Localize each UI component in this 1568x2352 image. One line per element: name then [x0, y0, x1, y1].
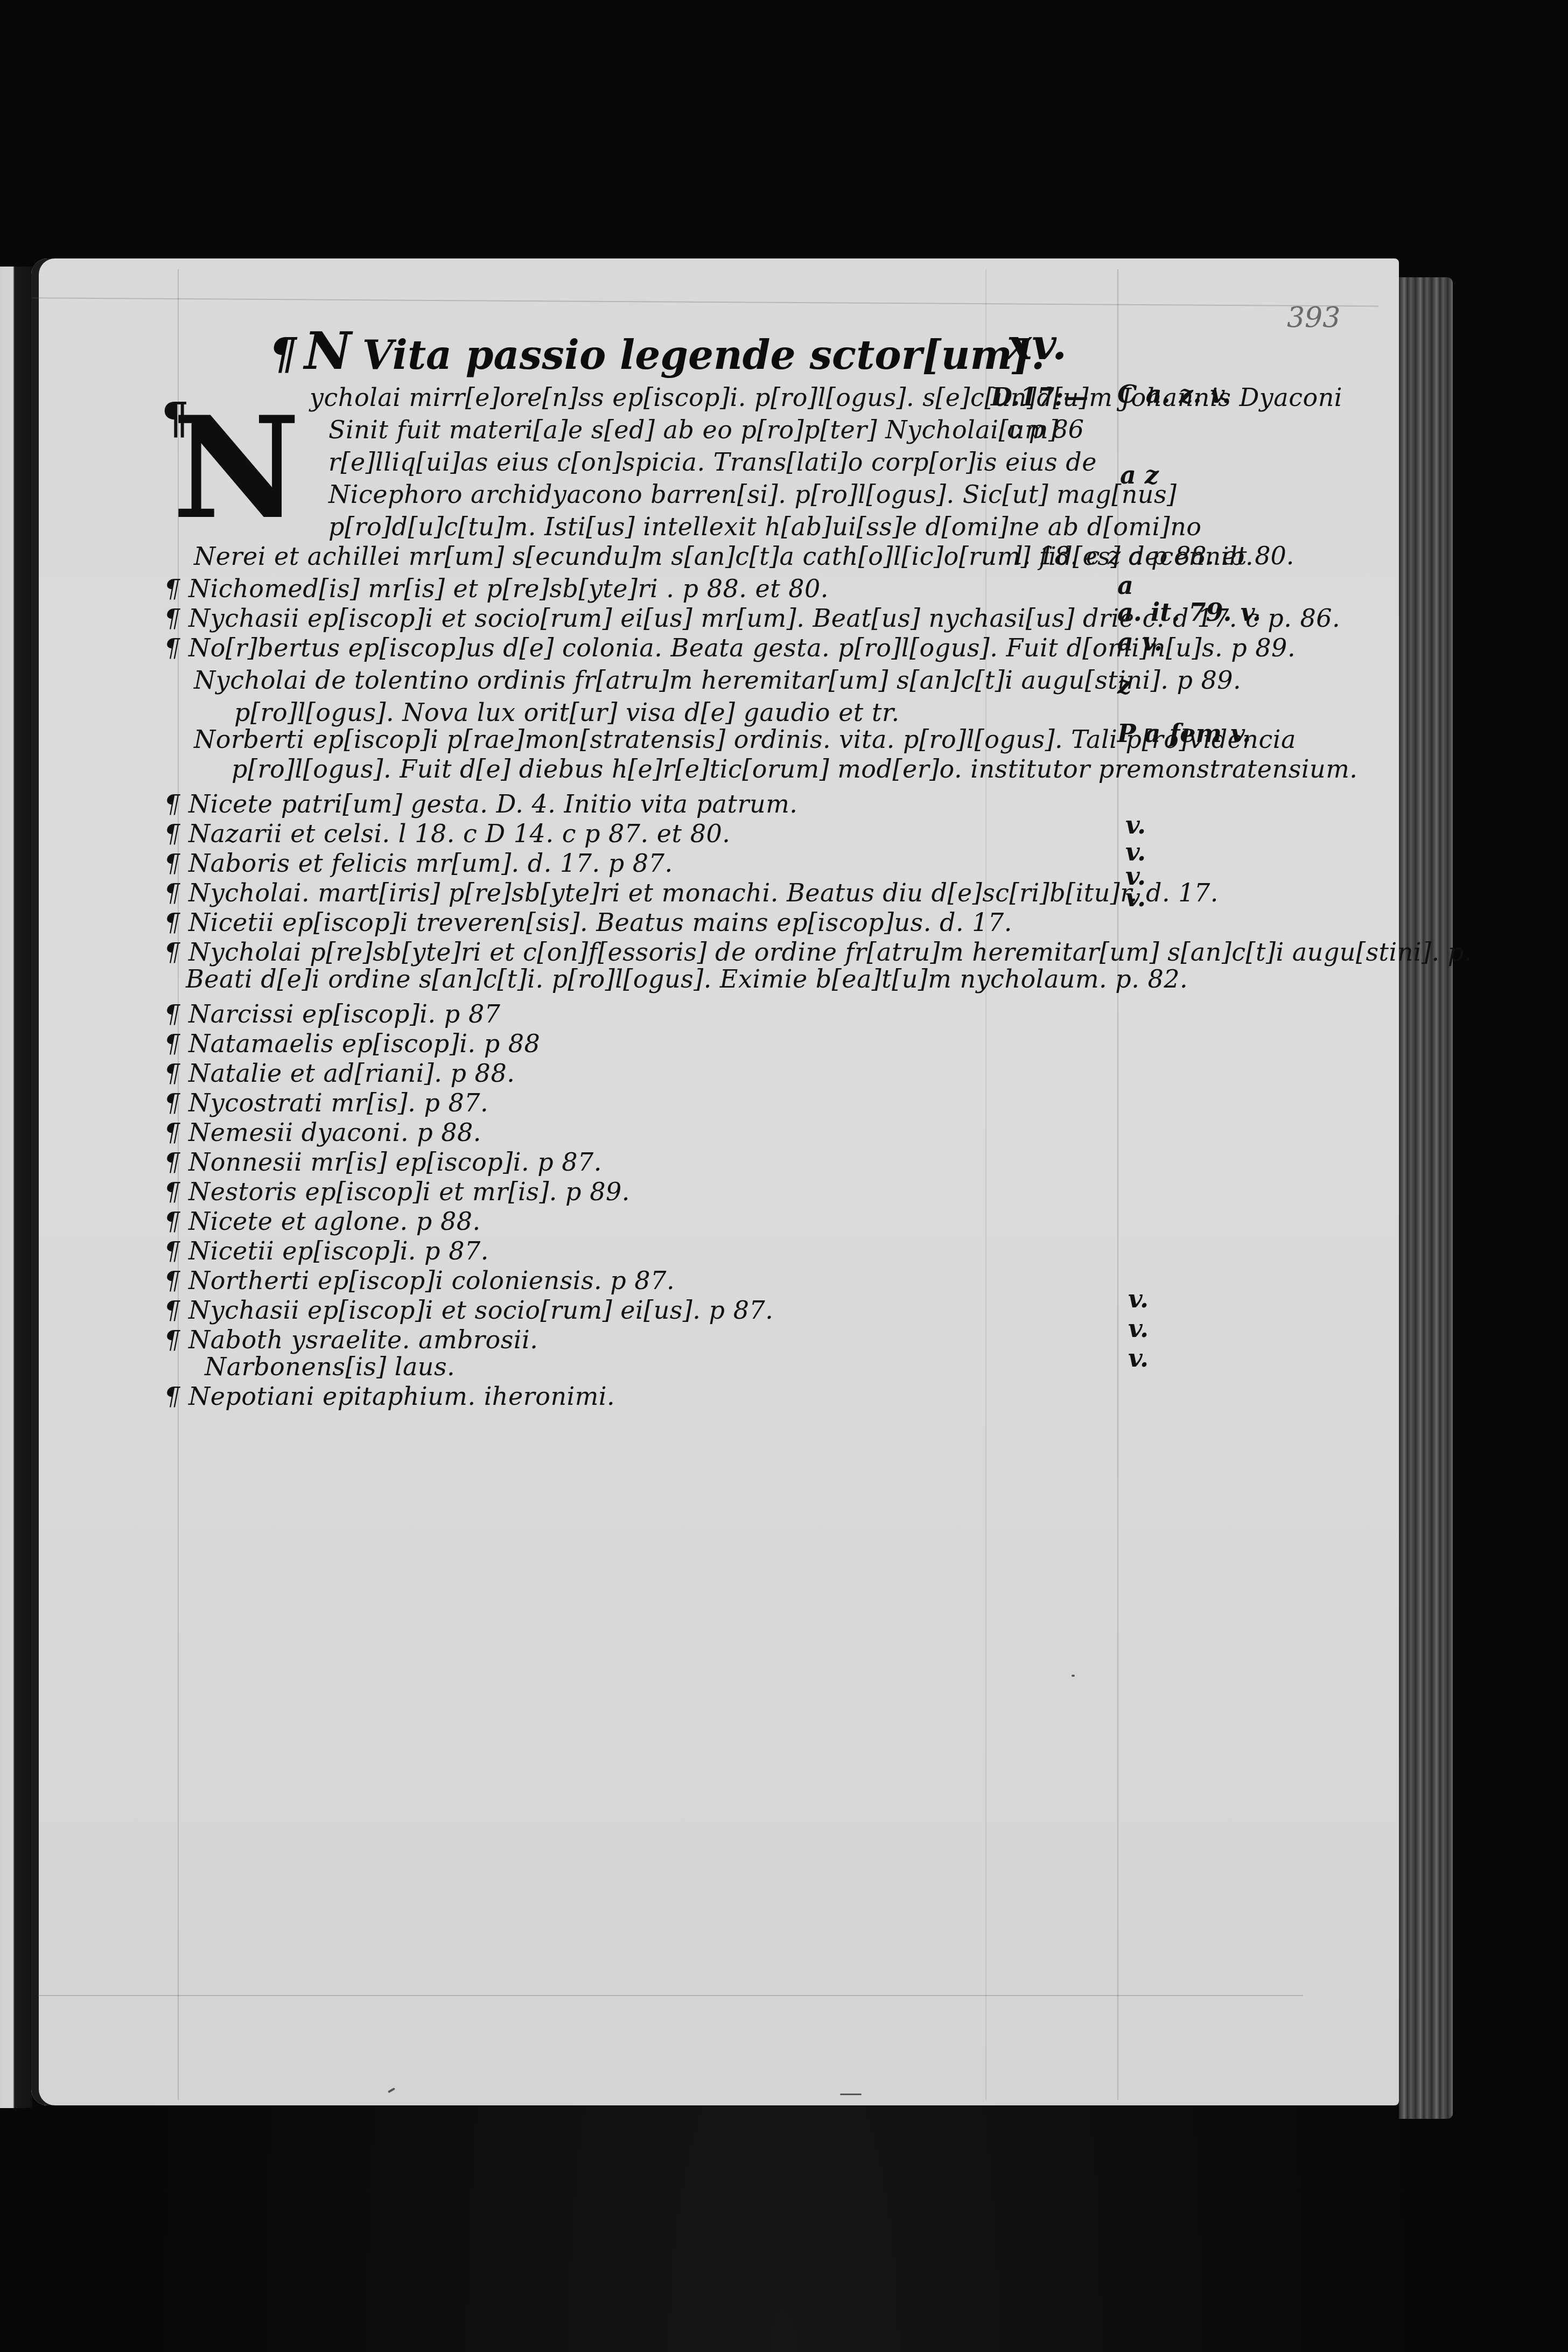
- entry-7-margin: a. it. 79. v.: [1117, 598, 1261, 627]
- section-number: xv.: [1007, 320, 1067, 369]
- entry-16: ¶ Nycholai. mart[iris] p[re]sb[yte]ri et…: [164, 878, 1219, 908]
- folio-number: 393: [1287, 302, 1340, 334]
- pilcrow-mark: ¶: [269, 328, 297, 379]
- facing-page-edge: [0, 267, 32, 2108]
- entry-10: p[ro]l[ogus]. Nova lux orit[ur] visa d[e…: [234, 697, 900, 727]
- entry-15: ¶ Naboris et felicis mr[um]. d. 17. p 87…: [164, 848, 673, 878]
- entry-29: ¶ Northerti ep[iscop]i coloniensis. p 87…: [164, 1265, 675, 1296]
- entry-30-margin: v.: [1128, 1284, 1149, 1313]
- entry-26: ¶ Nestoris ep[iscop]i et mr[is]. p 89.: [164, 1177, 630, 1207]
- bottom-rule: [38, 1995, 1303, 1996]
- text-block-edge: [1399, 277, 1453, 2119]
- heading-title: Vita passio legende sctor[um].: [362, 332, 1045, 379]
- entry-1-ref: c p 86: [1007, 415, 1084, 444]
- entry-5-ref: l. 18. c z a p 88. et 80.: [1015, 541, 1294, 570]
- entry-16-margin: v.: [1125, 883, 1146, 912]
- entry-21: ¶ Natamaelis ep[iscop]i. p 88: [164, 1028, 540, 1059]
- entry-8-margin: a v.: [1117, 627, 1163, 656]
- ink-speck: [840, 2094, 862, 2095]
- entry-28: ¶ Nicetii ep[iscop]i. p 87.: [164, 1236, 489, 1266]
- entry-12: p[ro]l[ogus]. Fuit d[e] diebus h[e]r[e]t…: [232, 754, 1357, 784]
- entry-27: ¶ Nicete et aglone. p 88.: [164, 1206, 481, 1236]
- entry-31-margin: v.: [1128, 1314, 1149, 1343]
- page-heading: ¶NVita passio legende sctor[um].: [269, 320, 1045, 380]
- entry-17: ¶ Nicetii ep[iscop]i treveren[sis]. Beat…: [164, 907, 1012, 937]
- entry-0-margin: C a. z. v.: [1117, 380, 1231, 409]
- heading-letter: N: [304, 320, 352, 381]
- entry-0-ref: D.17:—: [991, 382, 1088, 411]
- entry-32-margin: v.: [1128, 1343, 1149, 1373]
- entry-32: Narbonens[is] laus.: [205, 1352, 455, 1382]
- entry-24: ¶ Nemesii dyaconi. p 88.: [164, 1117, 481, 1147]
- ink-speck: [1072, 1675, 1075, 1677]
- entry-25: ¶ Nonnesii mr[is] ep[iscop]i. p 87.: [164, 1147, 602, 1177]
- entry-9-margin: z: [1117, 670, 1131, 699]
- entry-13: ¶ Nicete patri[um] gesta. D. 4. Initio v…: [164, 789, 797, 819]
- entry-31: ¶ Naboth ysraelite. ambrosii.: [164, 1325, 538, 1355]
- entry-23: ¶ Nycostrati mr[is]. p 87.: [164, 1088, 488, 1118]
- entry-33: ¶ Nepotiani epitaphium. iheronimi.: [164, 1381, 615, 1411]
- entry-2: r[e]lliq[ui]as eius c[on]spicia. Trans[l…: [328, 447, 1097, 477]
- entry-6: ¶ Nichomed[is] mr[is] et p[re]sb[yte]ri …: [164, 573, 829, 604]
- entry-1: Sinit fuit materi[a]e s[ed] ab eo p[ro]p…: [328, 415, 1059, 445]
- entry-19: Beati d[e]i ordine s[an]c[t]i. p[ro]l[og…: [186, 964, 1188, 994]
- decorated-initial: N: [172, 398, 300, 538]
- entry-6-margin: a: [1117, 571, 1133, 600]
- entry-20: ¶ Narcissi ep[iscop]i. p 87: [164, 999, 500, 1029]
- entry-9: Nycholai de tolentino ordinis fr[atru]m …: [194, 665, 1241, 695]
- entry-30: ¶ Nychasii ep[iscop]i et socio[rum] ei[u…: [164, 1295, 773, 1325]
- entry-11-margin: P a fem v.: [1117, 719, 1251, 748]
- entry-18: ¶ Nycholai p[re]sb[yte]ri et c[on]f[esso…: [164, 937, 1472, 967]
- entry-13-margin: v.: [1125, 810, 1146, 839]
- entry-22: ¶ Natalie et ad[riani]. p 88.: [164, 1058, 515, 1088]
- entry-3: Nicephoro archidyacono barren[si]. p[ro]…: [328, 479, 1177, 509]
- entry-14: ¶ Nazarii et celsi. l 18. c D 14. c p 87…: [164, 818, 730, 849]
- entry-4: p[ro]d[u]c[tu]m. Isti[us] intellexit h[a…: [328, 512, 1201, 542]
